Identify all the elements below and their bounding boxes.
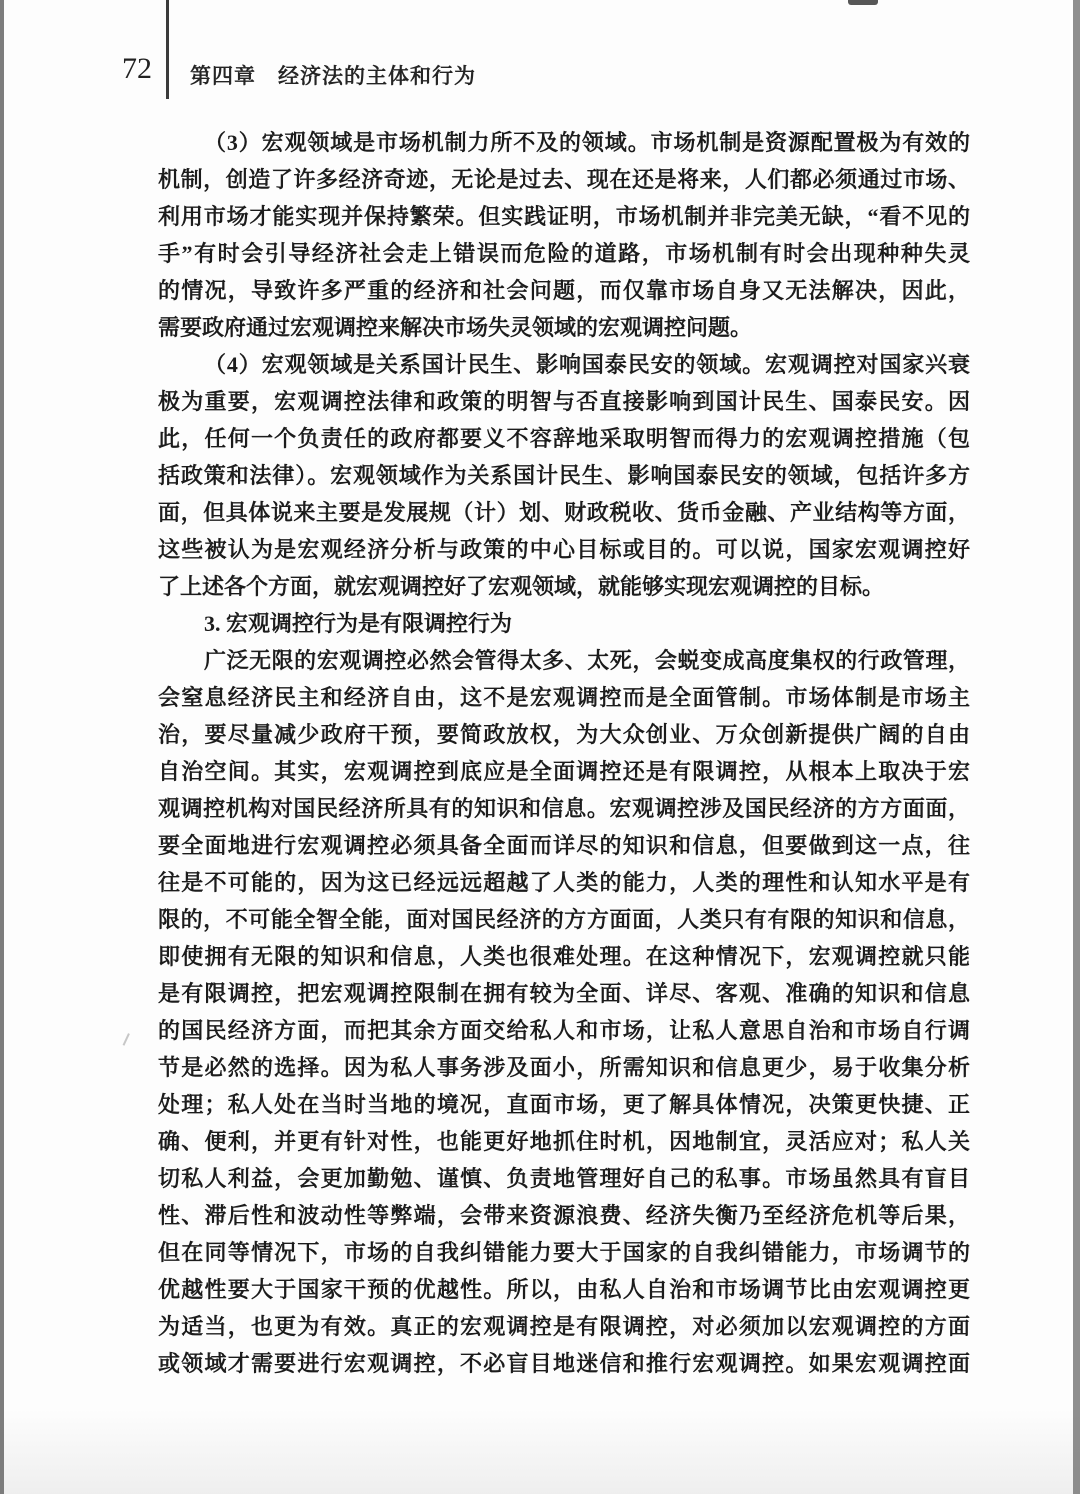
scanned-page: 72 第四章 经济法的主体和行为 （3）宏观领域是市场机制力所不及的领域。市场机… — [0, 0, 1080, 1494]
text-line: 是有限调控，把宏观调控限制在拥有较为全面、详尽、客观、准确的知识和信息 — [158, 975, 970, 1012]
text-line: 需要政府通过宏观调控来解决市场失灵领域的宏观调控问题。 — [158, 309, 970, 346]
text-line: 优越性要大于国家干预的优越性。所以，由私人自治和市场调节比由宏观调控更 — [158, 1271, 970, 1308]
text-line: 括政策和法律）。宏观领域作为关系国计民生、影响国泰民安的领域，包括许多方 — [158, 457, 970, 494]
text-line: 性、滞后性和波动性等弊端，会带来资源浪费、经济失衡乃至经济危机等后果， — [158, 1197, 970, 1234]
scan-edge-left — [0, 0, 4, 1494]
page-number: 72 — [112, 52, 162, 86]
text-line: 机制，创造了许多经济奇迹，无论是过去、现在还是将来，人们都必须通过市场、 — [158, 161, 970, 198]
text-line: 极为重要，宏观调控法律和政策的明智与否直接影响到国计民生、国泰民安。因 — [158, 383, 970, 420]
text-line: 利用市场才能实现并保持繁荣。但实践证明，市场机制并非完美无缺，“看不见的 — [158, 198, 970, 235]
scan-shadow-bottom — [0, 1409, 1080, 1494]
scan-edge-right — [1073, 0, 1080, 1494]
text-line: 手”有时会引导经济社会走上错误而危险的道路，市场机制有时会出现种种失灵 — [158, 235, 970, 272]
body-text: （3）宏观领域是市场机制力所不及的领域。市场机制是资源配置极为有效的机制，创造了… — [158, 124, 970, 1382]
text-line: 即使拥有无限的知识和信息，人类也很难处理。在这种情况下，宏观调控就只能 — [158, 938, 970, 975]
text-line: 会窒息经济民主和经济自由，这不是宏观调控而是全面管制。市场体制是市场主 — [158, 679, 970, 716]
scan-artifact-top — [848, 0, 878, 5]
chapter-header: 第四章 经济法的主体和行为 — [190, 60, 476, 90]
text-line: 面，但具体说来主要是发展规（计）划、财政税收、货币金融、产业结构等方面， — [158, 494, 970, 531]
text-line: 为适当，也更为有效。真正的宏观调控是有限调控，对必须加以宏观调控的方面 — [158, 1308, 970, 1345]
text-line: 要全面地进行宏观调控必须具备全面而详尽的知识和信息，但要做到这一点，往 — [158, 827, 970, 864]
text-line: 的情况，导致许多严重的经济和社会问题，而仅靠市场自身又无法解决，因此， — [158, 272, 970, 309]
text-line: 切私人利益，会更加勤勉、谨慎、负责地管理好自己的私事。市场虽然具有盲目 — [158, 1160, 970, 1197]
text-line: （3）宏观领域是市场机制力所不及的领域。市场机制是资源配置极为有效的 — [158, 124, 970, 161]
text-line: 或领域才需要进行宏观调控，不必盲目地迷信和推行宏观调控。如果宏观调控面 — [158, 1345, 970, 1382]
text-line: 3. 宏观调控行为是有限调控行为 — [158, 605, 970, 642]
header-divider-line — [166, 0, 169, 99]
text-line: 广泛无限的宏观调控必然会管得太多、太死，会蜕变成高度集权的行政管理， — [158, 642, 970, 679]
text-line: 但在同等情况下，市场的自我纠错能力要大于国家的自我纠错能力，市场调节的 — [158, 1234, 970, 1271]
text-line: 观调控机构对国民经济所具有的知识和信息。宏观调控涉及国民经济的方方面面， — [158, 790, 970, 827]
text-line: （4）宏观领域是关系国计民生、影响国泰民安的领域。宏观调控对国家兴衰 — [158, 346, 970, 383]
text-line: 确、便利，并更有针对性，也能更好地抓住时机，因地制宜，灵活应对；私人关 — [158, 1123, 970, 1160]
text-line: 的国民经济方面，而把其余方面交给私人和市场，让私人意思自治和市场自行调 — [158, 1012, 970, 1049]
text-line: 处理；私人处在当时当地的境况，直面市场，更了解具体情况，决策更快捷、正 — [158, 1086, 970, 1123]
text-line: 节是必然的选择。因为私人事务涉及面小，所需知识和信息更少，易于收集分析 — [158, 1049, 970, 1086]
text-line: 此，任何一个负责任的政府都要义不容辞地采取明智而得力的宏观调控措施（包 — [158, 420, 970, 457]
text-line: 了上述各个方面，就宏观调控好了宏观领域，就能够实现宏观调控的目标。 — [158, 568, 970, 605]
text-line: 限的，不可能全智全能，面对国民经济的方方面面，人类只有有限的知识和信息， — [158, 901, 970, 938]
text-line: 这些被认为是宏观经济分析与政策的中心目标或目的。可以说，国家宏观调控好 — [158, 531, 970, 568]
text-line: 治，要尽量减少政府干预，要简政放权，为大众创业、万众创新提供广阔的自由 — [158, 716, 970, 753]
scan-artifact-margin — [123, 1033, 135, 1048]
text-line: 自治空间。其实，宏观调控到底应是全面调控还是有限调控，从根本上取决于宏 — [158, 753, 970, 790]
text-line: 往是不可能的，因为这已经远远超越了人类的能力，人类的理性和认知水平是有 — [158, 864, 970, 901]
